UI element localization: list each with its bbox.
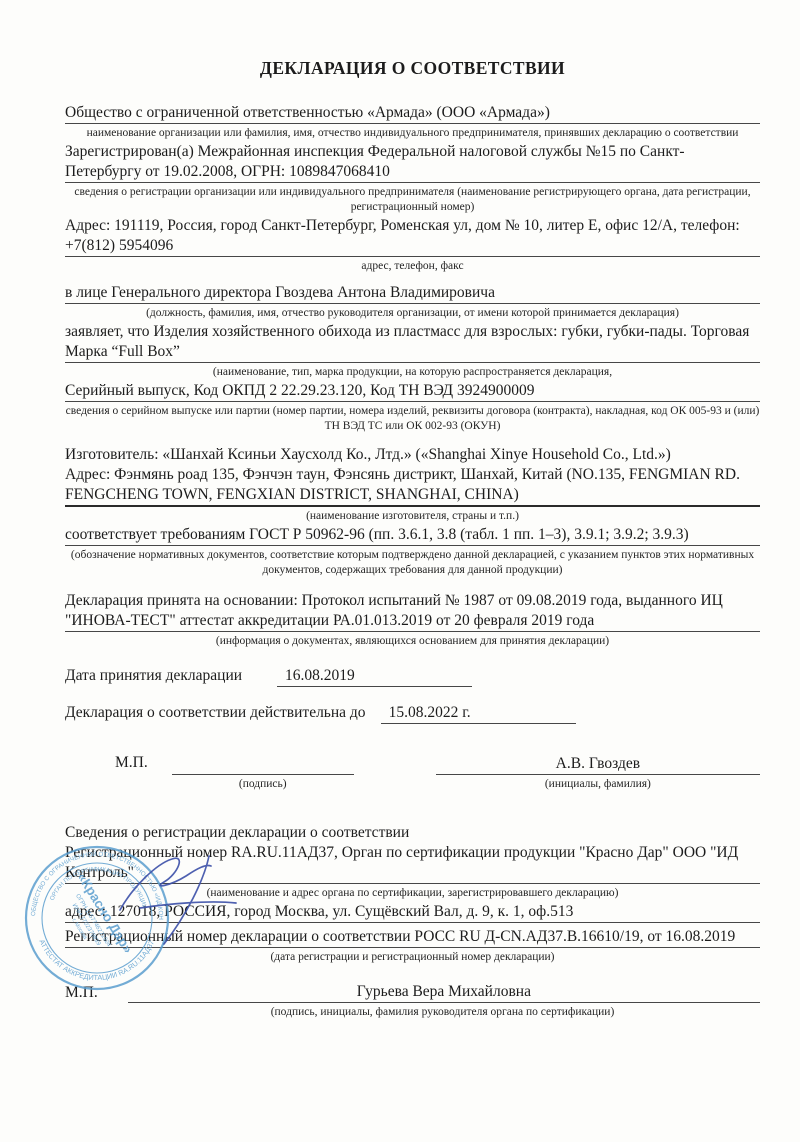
head-name: Гурьева Вера Михайловна	[128, 982, 760, 1003]
field-declarant-name: Общество с ограниченной ответственностью…	[65, 103, 760, 124]
mp-label: М.П.	[115, 754, 148, 793]
signatory-name: А.В. Гвоздев	[436, 754, 760, 775]
caption-declarant-name: наименование организации или фамилия, им…	[65, 124, 760, 142]
signature-area: (подпись)	[172, 754, 354, 793]
signature-line	[172, 754, 354, 775]
field-product: заявляет, что Изделия хозяйственного оби…	[65, 322, 760, 363]
field-serial: Серийный выпуск, Код ОКПД 2 22.29.23.120…	[65, 381, 760, 402]
caption-basis: (информация о документах, являющихся осн…	[65, 632, 760, 650]
caption-address: адрес, телефон, факс	[65, 257, 760, 275]
signatory-area: А.В. Гвоздев (инициалы, фамилия)	[436, 754, 760, 793]
caption-manufacturer: (наименование изготовителя, страны и т.п…	[65, 507, 760, 525]
adoption-date-value: 16.08.2019	[277, 666, 472, 687]
handwritten-signature	[112, 846, 247, 956]
adoption-date-row: Дата принятия декларации 16.08.2019	[65, 666, 760, 687]
caption-serial: сведения о серийном выпуске или партии (…	[65, 402, 760, 435]
field-manufacturer: Изготовитель: «Шанхай Ксиньи Хаусхолд Ко…	[65, 445, 760, 507]
declaration-document: ДЕКЛАРАЦИЯ О СООТВЕТСТВИИ Общество с огр…	[0, 0, 800, 1142]
field-basis: Декларация принята на основании: Протоко…	[65, 591, 760, 632]
registry-heading: Сведения о регистрации декларации о соот…	[65, 823, 760, 843]
adoption-date-label: Дата принятия декларации	[65, 666, 242, 687]
caption-signatory: (инициалы, фамилия)	[436, 775, 760, 793]
valid-until-label: Декларация о соответствии действительна …	[65, 703, 366, 724]
manufacturer-address: Адрес: Фэнмянь роад 135, Фэнчэн таун, Фэ…	[65, 465, 760, 505]
caption-standards: (обозначение нормативных документов, соо…	[65, 546, 760, 579]
field-address: Адрес: 191119, Россия, город Санкт-Петер…	[65, 216, 760, 257]
manufacturer-name: Изготовитель: «Шанхай Ксиньи Хаусхолд Ко…	[65, 445, 760, 465]
caption-representative: (должность, фамилия, имя, отчество руков…	[65, 304, 760, 322]
valid-until-row: Декларация о соответствии действительна …	[65, 703, 760, 724]
caption-product: (наименование, тип, марка продукции, на …	[65, 363, 760, 381]
caption-head: (подпись, инициалы, фамилия руководителя…	[125, 1003, 760, 1021]
signature-row: М.П. (подпись) А.В. Гвоздев (инициалы, ф…	[115, 754, 760, 793]
field-standards: соответствует требованиям ГОСТ Р 50962-9…	[65, 525, 760, 546]
caption-registration-info: сведения о регистрации организации или и…	[65, 183, 760, 216]
field-representative: в лице Генерального директора Гвоздева А…	[65, 283, 760, 304]
caption-signature: (подпись)	[172, 775, 354, 793]
field-registration-info: Зарегистрирован(а) Межрайонная инспекция…	[65, 142, 760, 183]
valid-until-value: 15.08.2022 г.	[381, 703, 576, 724]
page-title: ДЕКЛАРАЦИЯ О СООТВЕТСТВИИ	[65, 58, 760, 79]
